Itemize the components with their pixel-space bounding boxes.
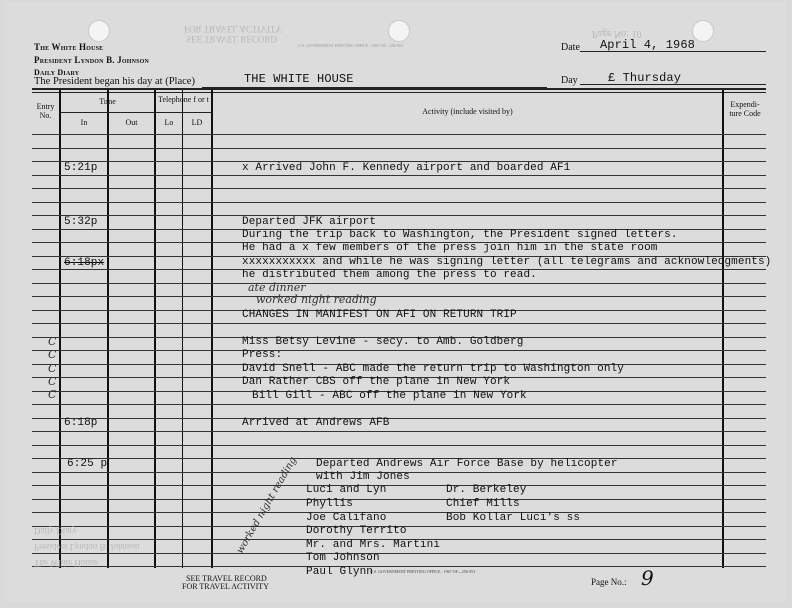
ghost-text: Daily Diary — [34, 526, 77, 536]
printing-office-note: U.S. GOVERNMENT PRINTING OFFICE : 1967 O… — [370, 569, 475, 574]
passenger: Mr. and Mrs. Martini — [306, 539, 440, 551]
page-number: 9 — [641, 566, 654, 590]
col-header-ld: LD — [183, 118, 211, 127]
punch-hole — [88, 20, 110, 42]
time-in: 6:18px — [64, 257, 104, 269]
passenger: Dr. Berkeley — [446, 484, 526, 496]
row-line — [32, 350, 766, 351]
row-line — [32, 296, 766, 297]
date-value: April 4, 1968 — [600, 38, 695, 52]
activity-text: He had a x few members of the press join… — [242, 242, 657, 254]
row-line — [32, 512, 766, 513]
row-line — [32, 202, 766, 203]
row-line — [32, 188, 766, 189]
passenger: Tom Johnson — [306, 552, 380, 564]
date-underline — [580, 51, 766, 52]
time-in: 5:32p — [64, 216, 98, 228]
col-header-activity: Activity (include visited by) — [213, 107, 722, 116]
ghost-text: SEE TRAVEL RECORD — [186, 34, 277, 44]
diary-sheet: FOR TRAVEL ACTIVITY SEE TRAVEL RECORD Pa… — [4, 2, 786, 602]
table-top-border — [32, 88, 766, 90]
row-line — [32, 215, 766, 216]
col-header-time: Time — [61, 97, 154, 106]
row-line — [32, 418, 766, 419]
col-header-out: Out — [109, 118, 154, 127]
entry-code: C — [48, 335, 56, 348]
row-line — [32, 148, 766, 149]
row-line — [32, 404, 766, 405]
subheader-line — [61, 112, 211, 113]
activity-text: David Snell - ABC made the return trip t… — [242, 363, 624, 375]
time-in: 6:18p — [64, 417, 98, 429]
row-line — [32, 553, 766, 554]
row-line — [32, 323, 766, 324]
col-header-lo: Lo — [156, 118, 182, 127]
activity-text: Bill Gill - ABC off the plane in New Yor… — [252, 390, 527, 402]
ghost-text: FOR TRAVEL ACTIVITY — [184, 24, 282, 34]
day-label: Day — [561, 75, 578, 86]
table-top-border — [32, 92, 766, 93]
col-header-entry: Entry No. — [32, 102, 59, 120]
passenger: Chief Mills — [446, 498, 520, 510]
activity-text: with Jim Jones — [316, 471, 410, 483]
col-header-in: In — [61, 118, 107, 127]
row-line — [32, 175, 766, 176]
day-value: £ Thursday — [608, 71, 681, 85]
activity-text: Departed Andrews Air Force Base by helic… — [316, 458, 618, 470]
person-name: President Lyndon B. Johnson — [34, 55, 149, 65]
activity-text: Press: — [242, 349, 282, 361]
org-name: The White House — [34, 42, 103, 52]
margin-handwritten-note: worked night reading — [235, 455, 299, 556]
activity-text: Dan Rather CBS off the plane in New York — [242, 376, 510, 388]
col-header-telephone: Telephone f or t — [156, 95, 211, 104]
activity-text: Arrived at Andrews AFB — [242, 417, 389, 429]
activity-text: x Arrived John F. Kennedy airport and bo… — [242, 162, 570, 174]
ghost-text: President Lyndon B. Johnson — [34, 542, 140, 552]
passenger: Paul Glynn — [306, 566, 373, 578]
entry-code: C — [48, 362, 56, 375]
punch-hole — [692, 20, 714, 42]
row-line — [32, 485, 766, 486]
activity-text: xxxxxxxxxxx and while he was signing let… — [242, 256, 771, 268]
entry-code: C — [48, 375, 56, 388]
entry-code: C — [48, 348, 56, 361]
time-in: 6:25 p — [67, 458, 107, 470]
activity-text: During the trip back to Washington, the … — [242, 229, 678, 241]
activity-text: he distributed them among the press to r… — [242, 269, 537, 281]
time-in: 5:21p — [64, 162, 98, 174]
day-underline — [580, 84, 766, 85]
printing-office-note: U.S. GOVERNMENT PRINTING OFFICE : 1967 O… — [298, 43, 403, 48]
row-line — [32, 499, 766, 500]
passenger: Dorothy Territo — [306, 525, 407, 537]
row-line — [32, 566, 766, 567]
handwritten-note: worked night reading — [256, 293, 377, 306]
entry-code: C — [48, 388, 56, 401]
col-header-expenditure: Expendi- ture Code — [724, 100, 766, 118]
row-line — [32, 431, 766, 432]
place-value: THE WHITE HOUSE — [244, 72, 354, 86]
row-line — [32, 134, 766, 135]
activity-text: Departed JFK airport — [242, 216, 376, 228]
passenger: Joe Califano — [306, 512, 386, 524]
row-line — [32, 283, 766, 284]
activity-text: Miss Betsy Levine - secy. to Amb. Goldbe… — [242, 336, 523, 348]
date-label: Date — [561, 42, 580, 53]
page-label: Page No.: — [591, 577, 627, 587]
travel-note: FOR TRAVEL ACTIVITY — [182, 582, 269, 591]
place-label: The President began his day at (Place) — [34, 76, 195, 87]
passenger: Luci and Lyn — [306, 484, 386, 496]
passenger: Phyllis — [306, 498, 353, 510]
activity-text: CHANGES IN MANIFEST ON AFI ON RETURN TRI… — [242, 309, 517, 321]
punch-hole — [388, 20, 410, 42]
ghost-text: The White House — [34, 558, 97, 568]
row-line — [32, 445, 766, 446]
passenger: Bob Kollar Luci's ss — [446, 512, 580, 524]
